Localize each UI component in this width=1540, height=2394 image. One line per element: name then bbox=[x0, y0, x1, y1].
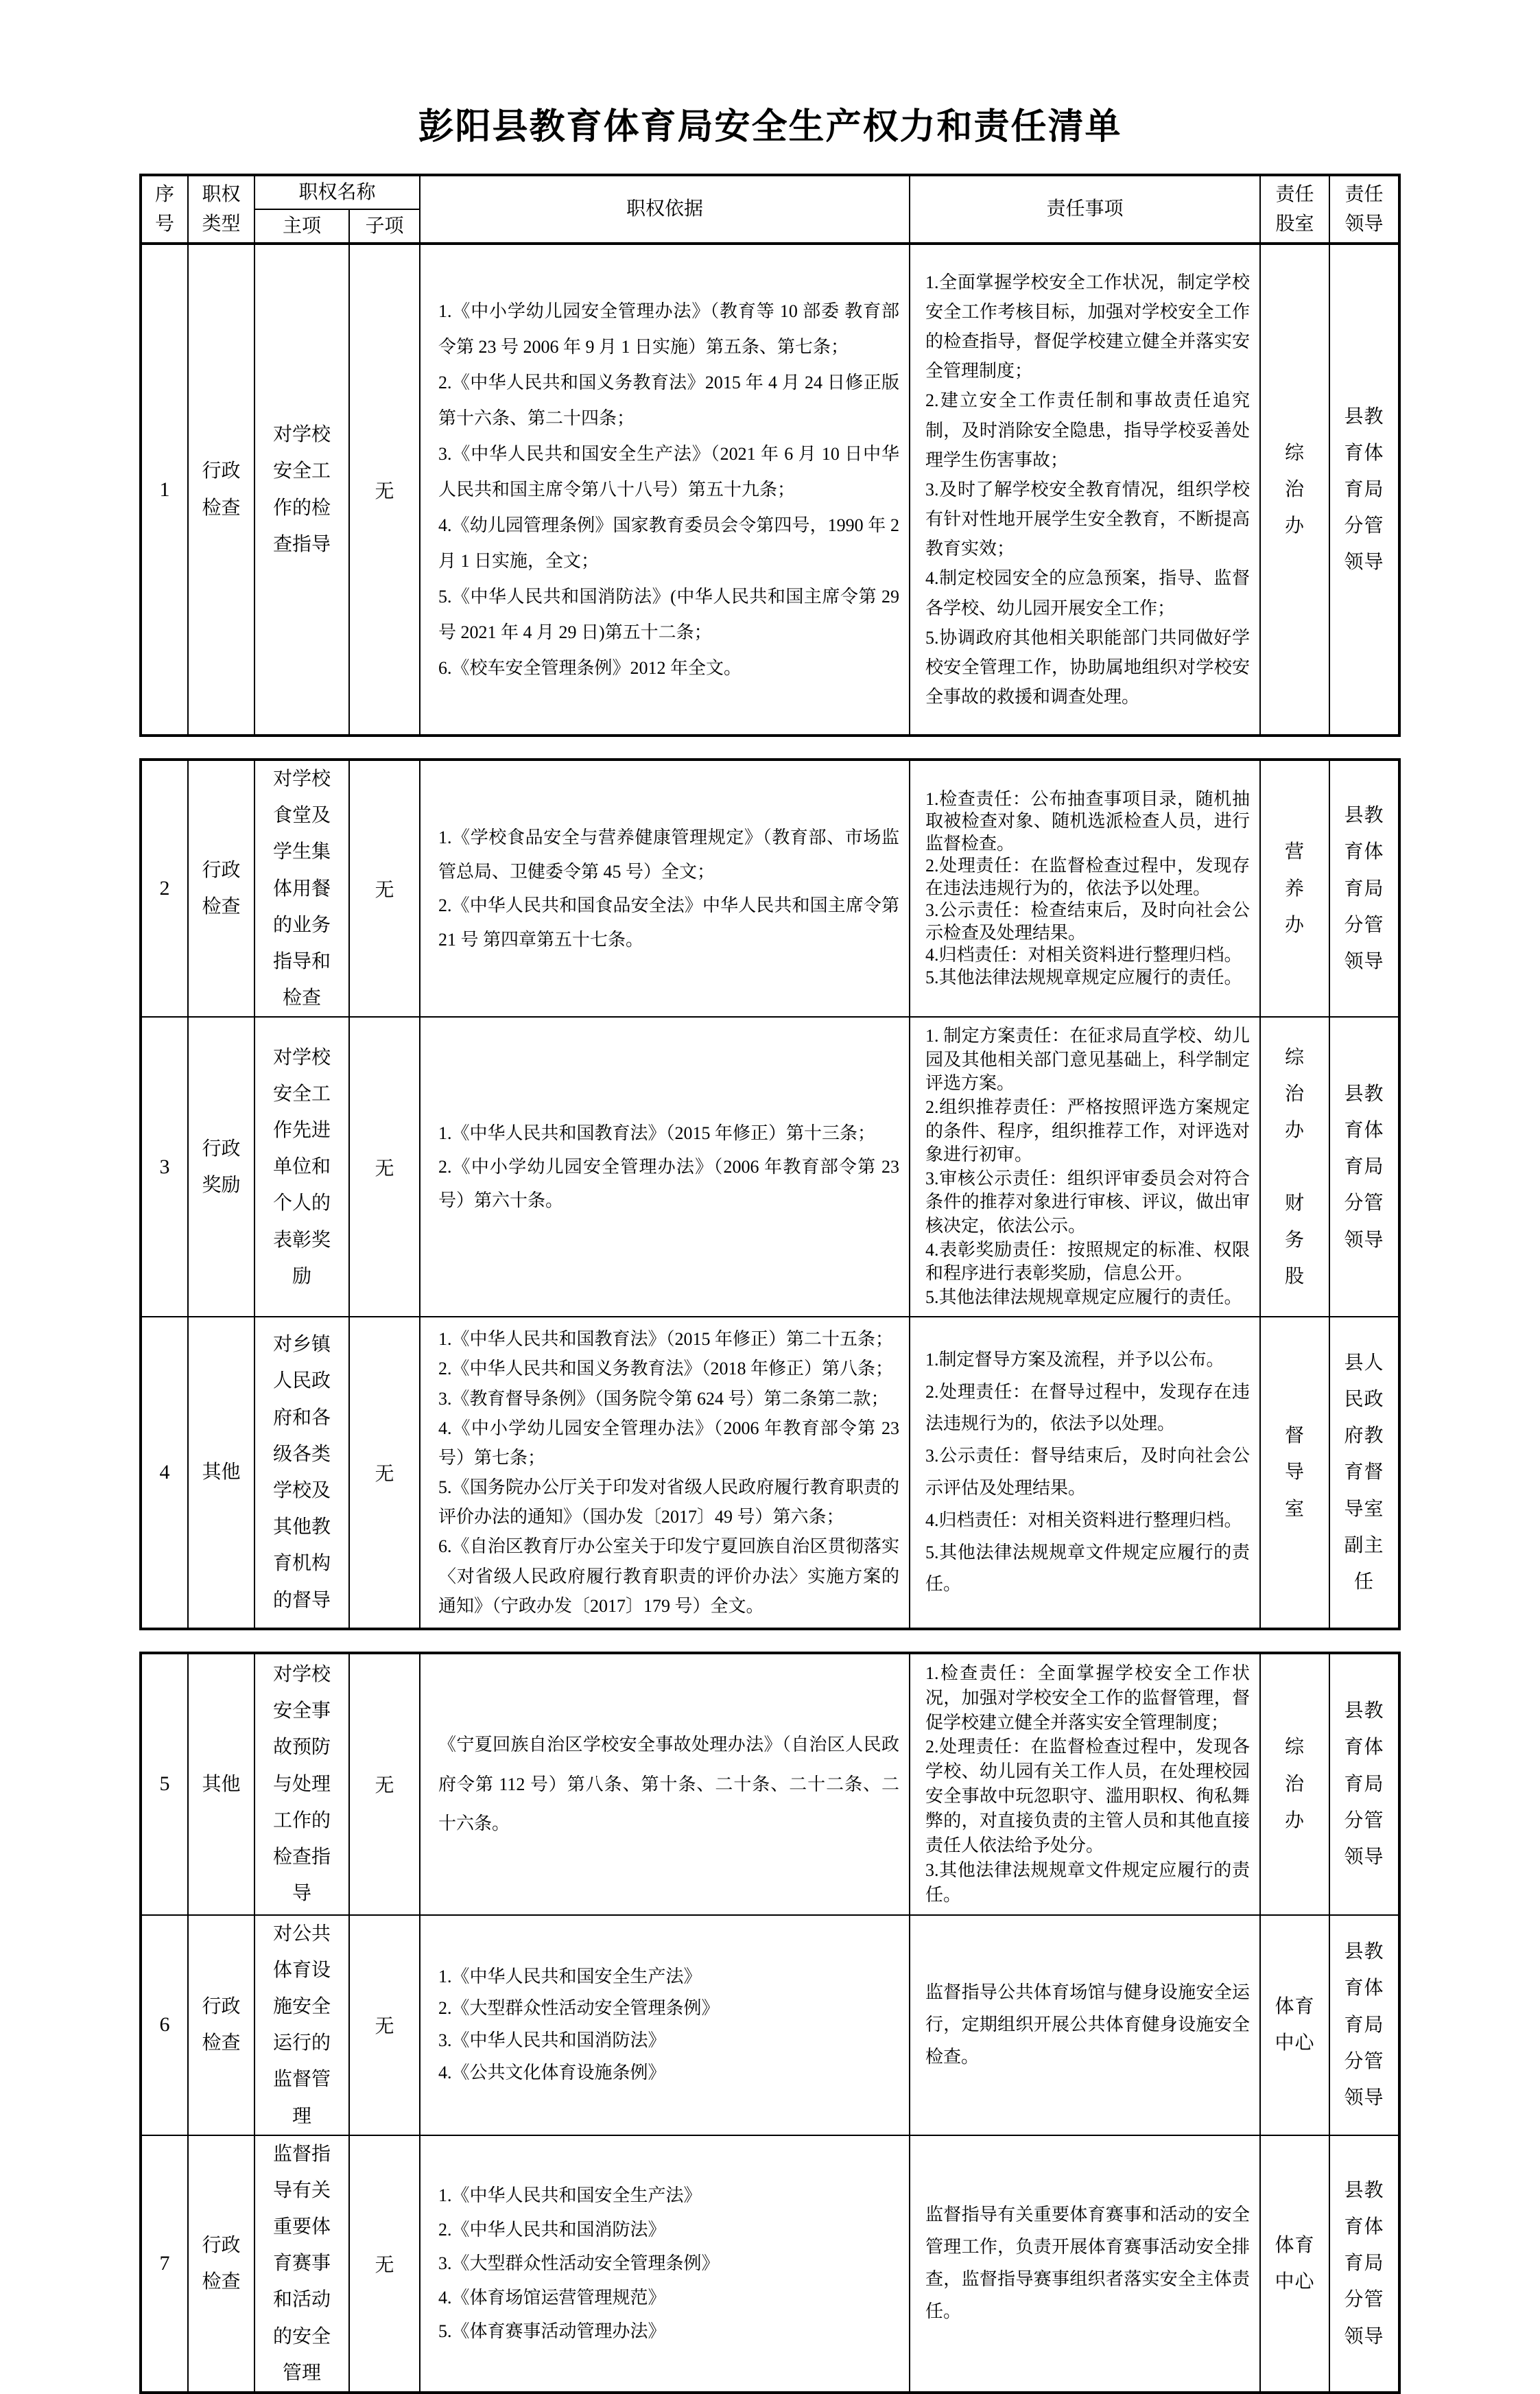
header-authority-basis: 职权依据 bbox=[420, 175, 910, 244]
row5-sub-item: 无 bbox=[349, 1653, 420, 1915]
table-row-1: 1 行政 检查 对学校安全工作的检查指导 无 1.《中小学幼儿园安全管理办法》（… bbox=[141, 244, 1399, 736]
row3-responsible-leader: 县教 育体 育局 分管 领导 bbox=[1329, 1017, 1399, 1317]
row1-responsible-dept: 综 治 办 bbox=[1260, 244, 1329, 736]
row4-authority-type: 其他 bbox=[188, 1317, 254, 1629]
authority-table-block-2: 2 行政 检查 对学校食堂及学生集体用餐的业务指导和检查 无 1.《学校食品安全… bbox=[139, 758, 1401, 1630]
row2-responsible-leader: 县教 育体 育局 分管 领导 bbox=[1329, 760, 1399, 1017]
header-main-item: 主项 bbox=[254, 209, 349, 244]
row3-main-item: 对学校安全工作先进单位和个人的表彰奖励 bbox=[254, 1017, 349, 1317]
table-row-5: 5 其他 对学校安全事故预防与处理工作的检查指导 无 《宁夏回族自治区学校安全事… bbox=[141, 1653, 1399, 1915]
row6-duty-items: 监督指导公共体育场馆与健身设施安全运行，定期组织开展公共体育健身设施安全检查。 bbox=[910, 1915, 1260, 2135]
row1-authority-type: 行政 检查 bbox=[188, 244, 254, 736]
row6-main-item: 对公共体育设施安全运行的监督管理 bbox=[254, 1915, 349, 2135]
row1-sub-item: 无 bbox=[349, 244, 420, 736]
row5-main-item: 对学校安全事故预防与处理工作的检查指导 bbox=[254, 1653, 349, 1915]
row4-sub-item: 无 bbox=[349, 1317, 420, 1629]
header-sub-item: 子项 bbox=[349, 209, 420, 244]
row1-main-item: 对学校安全工作的检查指导 bbox=[254, 244, 349, 736]
row2-duty-items: 1.检查责任：公布抽查事项目录，随机抽取被检查对象、随机选派检查人员，进行监督检… bbox=[910, 760, 1260, 1017]
header-authority-type: 职权 类型 bbox=[188, 175, 254, 244]
row2-serial: 2 bbox=[141, 760, 188, 1017]
header-responsible-dept: 责任 股室 bbox=[1260, 175, 1329, 244]
row2-authority-basis: 1.《学校食品安全与营养健康管理规定》（教育部、市场监管总局、卫健委令第 45 … bbox=[420, 760, 910, 1017]
row3-serial: 3 bbox=[141, 1017, 188, 1317]
authority-table-block-1: 序 号 职权 类型 职权名称 职权依据 责任事项 责任 股室 责任 领导 主项 … bbox=[139, 174, 1401, 737]
row6-serial: 6 bbox=[141, 1915, 188, 2135]
row3-authority-type: 行政 奖励 bbox=[188, 1017, 254, 1317]
row6-authority-type: 行政 检查 bbox=[188, 1915, 254, 2135]
table-row-3: 3 行政 奖励 对学校安全工作先进单位和个人的表彰奖励 无 1.《中华人民共和国… bbox=[141, 1017, 1399, 1317]
row1-authority-basis: 1.《中小学幼儿园安全管理办法》（教育等 10 部委 教育部令第 23 号 20… bbox=[420, 244, 910, 736]
row6-responsible-dept: 体育 中心 bbox=[1260, 1915, 1329, 2135]
row3-authority-basis: 1.《中华人民共和国教育法》（2015 年修正）第十三条； 2.《中小学幼儿园安… bbox=[420, 1017, 910, 1317]
row5-duty-items: 1.检查责任：全面掌握学校安全工作状况，加强对学校安全工作的监督管理，督促学校建… bbox=[910, 1653, 1260, 1915]
row7-responsible-dept: 体育 中心 bbox=[1260, 2135, 1329, 2393]
header-serial: 序 号 bbox=[141, 175, 188, 244]
row6-sub-item: 无 bbox=[349, 1915, 420, 2135]
table-row-7: 7 行政 检查 监督指导有关重要体育赛事和活动的安全管理 无 1.《中华人民共和… bbox=[141, 2135, 1399, 2393]
row7-authority-basis: 1.《中华人民共和国安全生产法》 2.《中华人民共和国消防法》 3.《大型群众性… bbox=[420, 2135, 910, 2393]
row4-duty-items: 1.制定督导方案及流程，并予以公布。 2.处理责任：在督导过程中，发现存在违法违… bbox=[910, 1317, 1260, 1629]
row7-authority-type: 行政 检查 bbox=[188, 2135, 254, 2393]
row5-responsible-leader: 县教 育体 育局 分管 领导 bbox=[1329, 1653, 1399, 1915]
row3-sub-item: 无 bbox=[349, 1017, 420, 1317]
table-row-4: 4 其他 对乡镇人民政府和各级各类学校及其他教育机构的督导 无 1.《中华人民共… bbox=[141, 1317, 1399, 1629]
row4-main-item: 对乡镇人民政府和各级各类学校及其他教育机构的督导 bbox=[254, 1317, 349, 1629]
row7-main-item: 监督指导有关重要体育赛事和活动的安全管理 bbox=[254, 2135, 349, 2393]
row2-main-item: 对学校食堂及学生集体用餐的业务指导和检查 bbox=[254, 760, 349, 1017]
row7-serial: 7 bbox=[141, 2135, 188, 2393]
row4-authority-basis: 1.《中华人民共和国教育法》（2015 年修正）第二十五条； 2.《中华人民共和… bbox=[420, 1317, 910, 1629]
header-responsible-leader: 责任 领导 bbox=[1329, 175, 1399, 244]
row6-responsible-leader: 县教 育体 育局 分管 领导 bbox=[1329, 1915, 1399, 2135]
table-row-2: 2 行政 检查 对学校食堂及学生集体用餐的业务指导和检查 无 1.《学校食品安全… bbox=[141, 760, 1399, 1017]
table-row-6: 6 行政 检查 对公共体育设施安全运行的监督管理 无 1.《中华人民共和国安全生… bbox=[141, 1915, 1399, 2135]
row2-responsible-dept: 营 养 办 bbox=[1260, 760, 1329, 1017]
row4-responsible-leader: 县人 民政 府教 育督 导室 副主 任 bbox=[1329, 1317, 1399, 1629]
row5-responsible-dept: 综 治 办 bbox=[1260, 1653, 1329, 1915]
row4-responsible-dept: 督 导 室 bbox=[1260, 1317, 1329, 1629]
authority-table-block-3: 5 其他 对学校安全事故预防与处理工作的检查指导 无 《宁夏回族自治区学校安全事… bbox=[139, 1652, 1401, 2394]
header-duty-items: 责任事项 bbox=[910, 175, 1260, 244]
row6-authority-basis: 1.《中华人民共和国安全生产法》 2.《大型群众性活动安全管理条例》 3.《中华… bbox=[420, 1915, 910, 2135]
header-authority-name: 职权名称 bbox=[254, 175, 420, 209]
row2-authority-type: 行政 检查 bbox=[188, 760, 254, 1017]
row5-serial: 5 bbox=[141, 1653, 188, 1915]
row1-responsible-leader: 县教 育体 育局 分管 领导 bbox=[1329, 244, 1399, 736]
row7-sub-item: 无 bbox=[349, 2135, 420, 2393]
page-title: 彭阳县教育体育局安全生产权力和责任清单 bbox=[0, 0, 1540, 149]
row1-duty-items: 1.全面掌握学校安全工作状况，制定学校安全工作考核目标，加强对学校安全工作的检查… bbox=[910, 244, 1260, 736]
row1-serial: 1 bbox=[141, 244, 188, 736]
row3-duty-items: 1. 制定方案责任：在征求局直学校、幼儿园及其他相关部门意见基础上，科学制定评选… bbox=[910, 1017, 1260, 1317]
row7-duty-items: 监督指导有关重要体育赛事和活动的安全管理工作，负责开展体育赛事活动安全排查，监督… bbox=[910, 2135, 1260, 2393]
row3-responsible-dept: 综 治 办 财 务 股 bbox=[1260, 1017, 1329, 1317]
row4-serial: 4 bbox=[141, 1317, 188, 1629]
row2-sub-item: 无 bbox=[349, 760, 420, 1017]
row5-authority-basis: 《宁夏回族自治区学校安全事故处理办法》（自治区人民政府令第 112 号）第八条、… bbox=[420, 1653, 910, 1915]
row5-authority-type: 其他 bbox=[188, 1653, 254, 1915]
row7-responsible-leader: 县教 育体 育局 分管 领导 bbox=[1329, 2135, 1399, 2393]
